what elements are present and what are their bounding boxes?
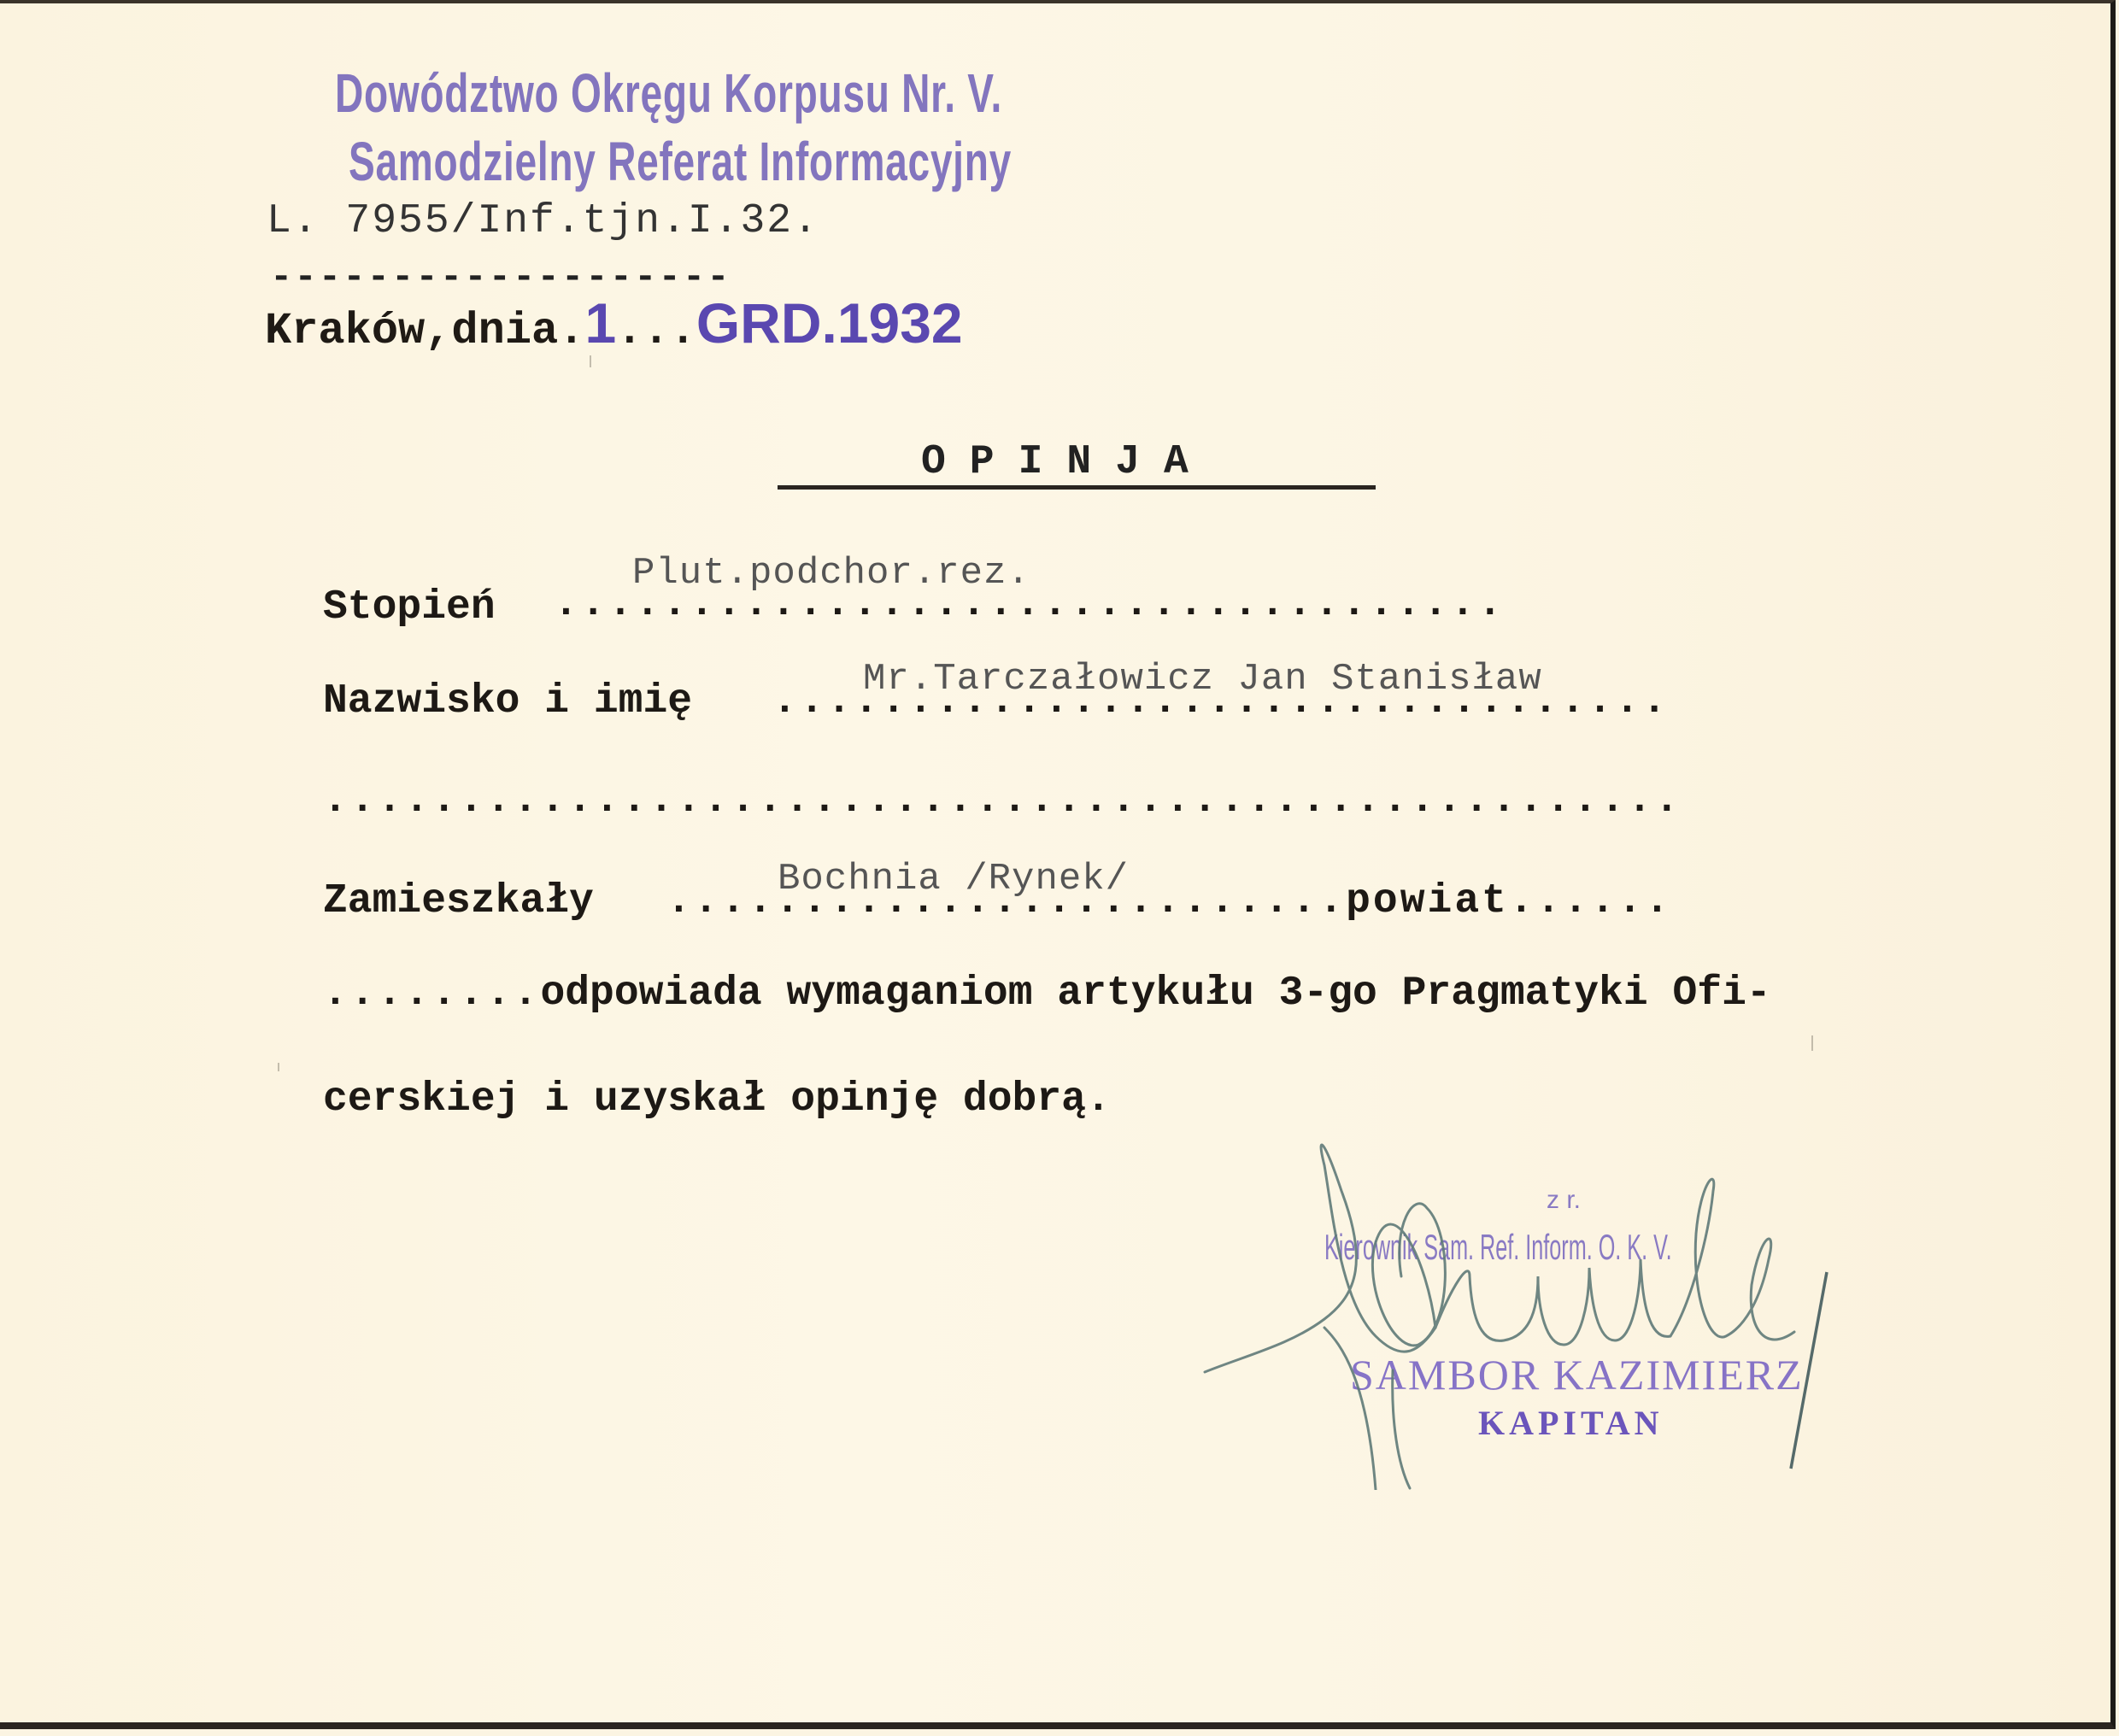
date-line: Kraków,dnia.1...GRD.1932 xyxy=(265,290,963,356)
field-district-label: powiat xyxy=(1346,878,1509,924)
field-name-label: Nazwisko i imię xyxy=(323,678,692,724)
field-rank-label: Stopień xyxy=(323,584,496,630)
reference-number: L. 7955/Inf.tjn.I.32. xyxy=(267,198,819,244)
scan-speck xyxy=(1811,1035,1813,1051)
document-page: Dowództwo Okręgu Korpusu Nr. V. Samodzie… xyxy=(0,0,2116,1729)
district-dots: ...... xyxy=(1509,878,1672,924)
body-text-line1: ........odpowiada wymaganiom artykułu 3-… xyxy=(323,971,1771,1017)
scan-speck xyxy=(590,355,591,367)
scan-speck xyxy=(278,1063,279,1071)
field-residence-label: Zamieszkały xyxy=(323,878,594,924)
field-rank-dots: ................................... xyxy=(554,581,1505,627)
body-line1-text: odpowiada wymaganiom artykułu 3-go Pragm… xyxy=(540,971,1770,1017)
document-title: OPINJA xyxy=(921,439,1212,485)
field-name-continuation-dots: ........................................… xyxy=(323,777,1682,824)
field-name-dots: ................................. xyxy=(772,678,1670,724)
date-day-stamp: 1 xyxy=(584,291,616,355)
header-stamp-line2: Samodzielny Referat Informacyjny xyxy=(349,130,1012,193)
header-stamp-line1: Dowództwo Okręgu Korpusu Nr. V. xyxy=(335,62,1002,125)
date-place-prefix: Kraków,dnia. xyxy=(265,306,584,356)
date-month-year-stamp: GRD.1932 xyxy=(696,291,963,355)
title-underline xyxy=(778,485,1376,490)
body-leading-dots: ........ xyxy=(323,971,540,1017)
residence-dots: ......................... xyxy=(666,878,1346,924)
pen-stroke-mark xyxy=(1791,1272,1827,1469)
field-residence-dots: .........................powiat...... xyxy=(666,878,1672,924)
date-dots: ... xyxy=(616,306,696,356)
body-text-line2: cerskiej i uzyskał opinję dobrą. xyxy=(323,1076,1111,1123)
handwritten-signature-icon xyxy=(1196,1131,1880,1490)
signature-block: z r. Kierownik Sam. Ref. Inform. O. K. V… xyxy=(1196,1131,1880,1473)
